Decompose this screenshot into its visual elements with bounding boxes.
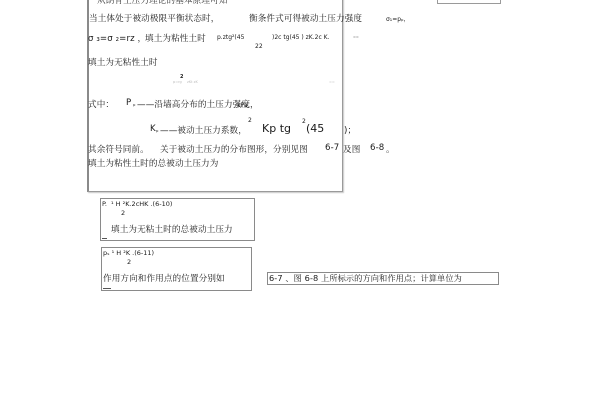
box-611-sub: 2: [127, 258, 131, 266]
kp-symbol: K: [150, 124, 156, 134]
kp-sub: ₚ: [156, 127, 159, 134]
cut-top-line: 从朗肯土压力理论的基本原理可知: [97, 0, 227, 6]
box-610-tick: [102, 238, 107, 239]
where-prefix: 式中：: [88, 98, 114, 110]
kp-formula: Kp tg: [262, 122, 291, 135]
fig-ref-1: 6-7: [325, 143, 339, 153]
noncohesive-text: 填土为无粘性土时: [88, 56, 158, 68]
kp-formula-open: (45: [306, 122, 324, 135]
formula-box-6-11: pₛ ¹ H ²K .(6-11) 2 作用方向和作用点的位置分别如: [101, 247, 252, 291]
where-sub: ₚ: [133, 101, 136, 108]
unit-text-box: 6-7 、图 6-8 上所标示的方向和作用点；计算单位为: [267, 272, 499, 285]
box-610-formula-rest: ¹ H ²K.2cHK .(6-10): [111, 200, 172, 208]
total-cohesive-text: 填土为粘性土时的总被动土压力为: [88, 157, 218, 169]
fig-and: 及图: [343, 143, 360, 155]
formula-box-6-10: P. ¹ H ²K.2cHK .(6-10) 2 填土为无粘土时的总被动土压力: [100, 198, 255, 241]
formula-noncohesive-right: zKt zK: [187, 80, 198, 84]
kp-top-sup: 2: [248, 117, 252, 124]
formula-cohesive-b: )2c tg(45 ) zK.2c K.: [272, 34, 330, 41]
formula-noncohesive-far: ==: [329, 80, 335, 84]
fig-ref-2: 6-8: [370, 143, 384, 153]
fig-period: 。: [386, 143, 395, 155]
box-610-text: 填土为无粘土时的总被动土压力: [111, 223, 233, 235]
box-611-tick: [103, 288, 111, 289]
balance-text: 衡条件式可得被动土压力强度: [249, 12, 362, 24]
formula-cohesive-tail: ==: [353, 35, 359, 39]
cohesive-prefix: 填土为粘性土时: [145, 32, 206, 44]
remaining-symbols-text: 其余符号同前。: [88, 143, 149, 155]
where-symbol: P: [126, 98, 131, 108]
top-right-frame: [437, 0, 501, 4]
sigma-relation: σ₁=pₚ，: [386, 14, 410, 23]
box-610-formula: P.: [102, 200, 107, 208]
formula-noncohesive-left: p=rg: [173, 80, 182, 84]
kp-desc: ——被动土压力系数，: [160, 124, 247, 136]
box-611-formula: pₛ ¹ H ²K .(6-11): [103, 249, 154, 257]
formula-cohesive-a: p.ztg²(45: [217, 34, 244, 41]
box-611-text: 作用方向和作用点的位置分别如: [103, 272, 225, 284]
formula-cohesive-sub: 22: [255, 43, 263, 50]
sigma3-text: σ ₃=σ ₂=rz ，: [88, 32, 146, 44]
unit-text: 6-7 、图 6-8 上所标示的方向和作用点；计算单位为: [269, 273, 462, 284]
kp-formula-close: )；: [344, 124, 356, 136]
distribution-text: 关于被动土压力的分布图形，分别见图: [160, 143, 308, 155]
where-unit: kPa；: [237, 100, 254, 109]
passive-state-text: 当土体处于被动极限平衡状态时，: [89, 12, 219, 24]
box-610-sub: 2: [121, 209, 125, 217]
